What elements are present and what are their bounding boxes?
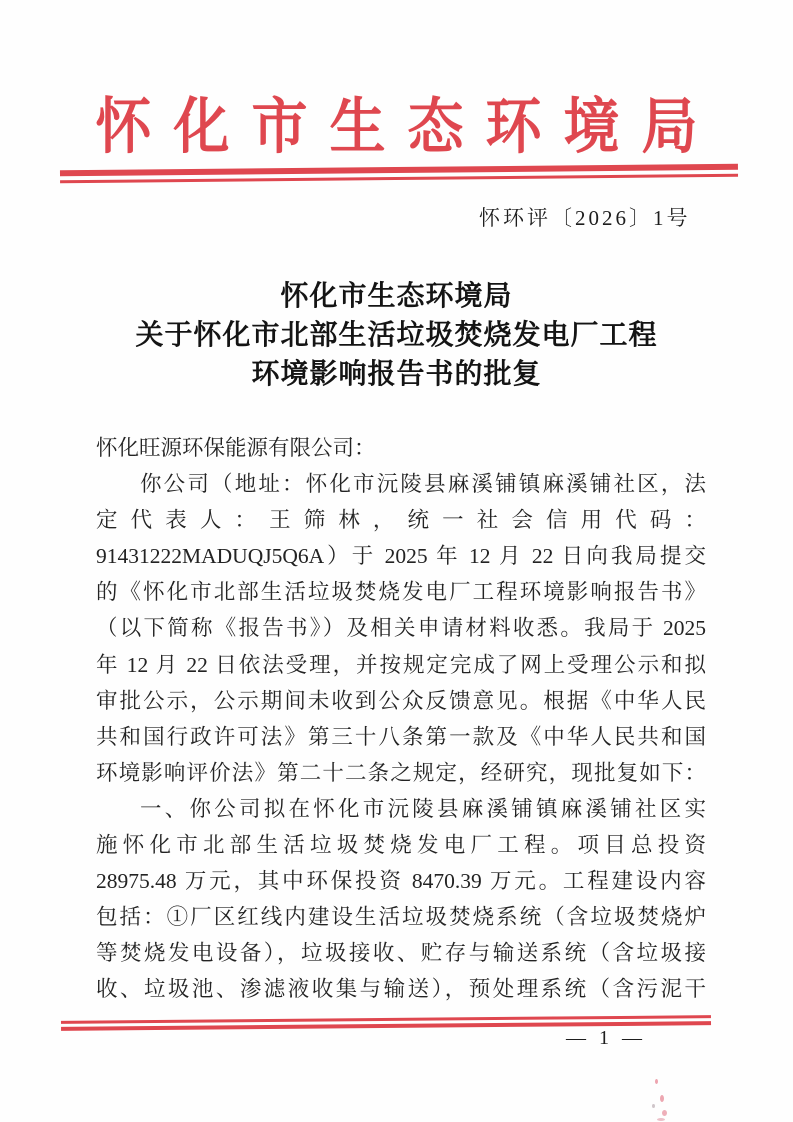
document-body: 怀化旺源环保能源有限公司： 你公司（地址：怀化市沅陵县麻溪铺镇麻溪铺社区，法 定…: [96, 430, 706, 1008]
scan-artifact: [652, 1104, 655, 1108]
body-line: 你公司（地址：怀化市沅陵县麻溪铺镇麻溪铺社区，法: [96, 466, 706, 502]
body-line: （以下简称《报告书》）及相关申请材料收悉。我局于 2025: [96, 610, 706, 646]
document-title: 怀化市生态环境局 关于怀化市北部生活垃圾焚烧发电厂工程 环境影响报告书的批复: [0, 277, 793, 394]
page-number: — 1 —: [566, 1027, 646, 1050]
body-line: 包括：①厂区红线内建设生活垃圾焚烧系统（含垃圾焚烧炉: [96, 899, 706, 935]
body-line: 共和国行政许可法》第三十八条第一款及《中华人民共和国: [96, 719, 706, 755]
body-line: 施怀化市北部生活垃圾焚烧发电厂工程。项目总投资: [96, 827, 706, 863]
body-line: 91431222MADUQJ5Q6A）于 2025 年 12 月 22 日向我局…: [96, 538, 706, 574]
scan-artifact: [662, 1110, 667, 1116]
document-number: 怀环评〔2026〕1号: [479, 202, 691, 232]
body-line: 一、你公司拟在怀化市沅陵县麻溪铺镇麻溪铺社区实: [96, 791, 706, 827]
scanned-document-page: 怀化市生态环境局 怀环评〔2026〕1号 怀化市生态环境局 关于怀化市北部生活垃…: [0, 0, 793, 1122]
scan-artifact: [657, 1118, 665, 1121]
body-line: 审批公示，公示期间未收到公众反馈意见。根据《中华人民: [96, 683, 706, 719]
scan-artifact: [655, 1079, 658, 1084]
body-line: 28975.48 万元，其中环保投资 8470.39 万元。工程建设内容: [96, 863, 706, 899]
body-line: 定代表人：王筛林，统一社会信用代码：: [96, 502, 706, 538]
salutation-line: 怀化旺源环保能源有限公司：: [96, 430, 706, 466]
document-title-line-2: 关于怀化市北部生活垃圾焚烧发电厂工程: [0, 316, 793, 355]
body-line: 环境影响评价法》第二十二条之规定，经研究，现批复如下：: [96, 755, 706, 791]
document-title-line-3: 环境影响报告书的批复: [0, 355, 793, 394]
body-line: 等焚烧发电设备），垃圾接收、贮存与输送系统（含垃圾接: [96, 935, 706, 971]
body-line: 年 12 月 22 日依法受理，并按规定完成了网上受理公示和拟: [96, 647, 706, 683]
body-line: 收、垃圾池、渗滤液收集与输送），预处理系统（含污泥干: [96, 971, 706, 1007]
document-title-line-1: 怀化市生态环境局: [0, 277, 793, 316]
scan-artifact: [660, 1095, 664, 1102]
letterhead-agency-name: 怀化市生态环境局: [0, 79, 793, 165]
body-line: 的《怀化市北部生活垃圾焚烧发电厂工程环境影响报告书》: [96, 574, 706, 610]
letterhead-divider: [60, 164, 738, 184]
